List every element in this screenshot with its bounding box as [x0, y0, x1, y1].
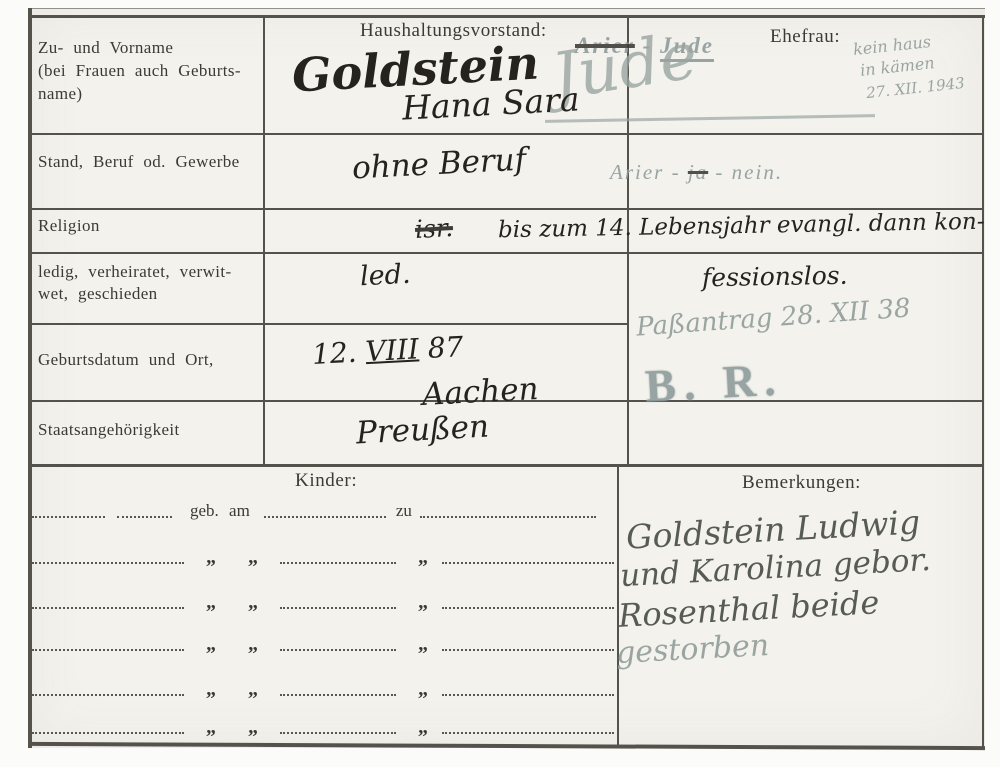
blank-line [442, 719, 614, 734]
geb-month: VIII [365, 332, 420, 368]
entry-staat: Preußen [355, 409, 490, 452]
kinder-row-5: „„„ [32, 678, 614, 696]
blank-line [442, 636, 614, 651]
religion-struck-word: isr. [414, 213, 453, 244]
label-name-2: (bei Frauen auch Geburts- [38, 61, 241, 81]
col-line-labels [263, 15, 265, 465]
arier-ja-nein-stamp: Arier - ja - nein. [610, 160, 783, 185]
ajn-post: - nein. [715, 160, 783, 184]
blank-line [280, 681, 396, 696]
ditto-mark: „ [248, 550, 258, 564]
header-ehefrau: Ehefrau: [770, 26, 840, 48]
label-stand-1: ledig, verheiratet, verwit- [38, 262, 232, 282]
ditto-mark: „ [418, 550, 428, 564]
ditto-mark: „ [206, 595, 216, 609]
kinder-row-6: „„„ [32, 716, 614, 734]
row-line-4 [28, 323, 628, 325]
border-right [982, 15, 984, 748]
entry-geburtsort: Aachen [421, 371, 539, 413]
ditto-mark: „ [206, 637, 216, 651]
ditto-mark: „ [248, 637, 258, 651]
kinder-row-4: „„„ [32, 633, 614, 651]
blank-line [280, 636, 396, 651]
blank-line [280, 719, 396, 734]
blank-line [32, 681, 184, 696]
label-geburt: Geburtsdatum und Ort, [38, 350, 214, 370]
label-stand-2: wet, geschieden [38, 284, 158, 304]
kinder-row-1: geb. amzu [32, 500, 596, 518]
ditto-mark: „ [248, 595, 258, 609]
ditto-mark: „ [206, 682, 216, 696]
ditto-mark: „ [206, 720, 216, 734]
entry-familienstand: led. [359, 259, 411, 293]
blank-line [32, 594, 184, 609]
entry-religion-2: fessionslos. [702, 261, 848, 293]
border-top [28, 15, 985, 18]
blank-line [420, 503, 596, 518]
ajn-pre: Arier - [610, 160, 681, 184]
kinder-row-2: „„„ [32, 546, 614, 564]
ditto-mark: „ [248, 682, 258, 696]
row-line-1 [28, 133, 984, 135]
row-line-6 [28, 464, 984, 467]
ditto-mark: „ [418, 637, 428, 651]
row-line-2 [28, 208, 984, 210]
blank-line [442, 549, 614, 564]
blank-line [32, 503, 105, 518]
ajn-ja-struck: ja [688, 160, 708, 184]
row-line-3 [28, 252, 984, 254]
ditto-mark: „ [206, 550, 216, 564]
geb-am-label: geb. am [190, 503, 250, 518]
blank-line [280, 594, 396, 609]
label-name-1: Zu- und Vorname [38, 38, 173, 58]
registration-card-scan: { "colors": {"paper":"#f3f2ed","ink":"#2… [0, 0, 1000, 767]
kinder-header: Kinder: [295, 470, 357, 492]
blank-line [442, 681, 614, 696]
br-stamp: B. R. [644, 352, 785, 412]
geb-day: 12. [311, 336, 357, 371]
blank-line [442, 594, 614, 609]
label-name-3: name) [38, 84, 82, 104]
ditto-mark: „ [418, 682, 428, 696]
border-top-thin [28, 8, 985, 9]
blank-line [32, 719, 184, 734]
label-staat: Staatsangehörigkeit [38, 420, 180, 440]
blank-line [264, 503, 386, 518]
blank-line [280, 549, 396, 564]
blank-line [117, 503, 172, 518]
entry-religion-struck: isr. [414, 213, 453, 244]
ditto-mark: „ [418, 595, 428, 609]
ditto-mark: „ [248, 720, 258, 734]
zu-label: zu [396, 503, 412, 518]
bemerkungen-header: Bemerkungen: [742, 472, 861, 494]
label-religion: Religion [38, 216, 100, 236]
ditto-mark: „ [418, 720, 428, 734]
label-beruf: Stand, Beruf od. Gewerbe [38, 152, 240, 172]
blank-line [32, 636, 184, 651]
kinder-row-3: „„„ [32, 591, 614, 609]
geb-year: 87 [427, 330, 464, 365]
blank-line [32, 549, 184, 564]
